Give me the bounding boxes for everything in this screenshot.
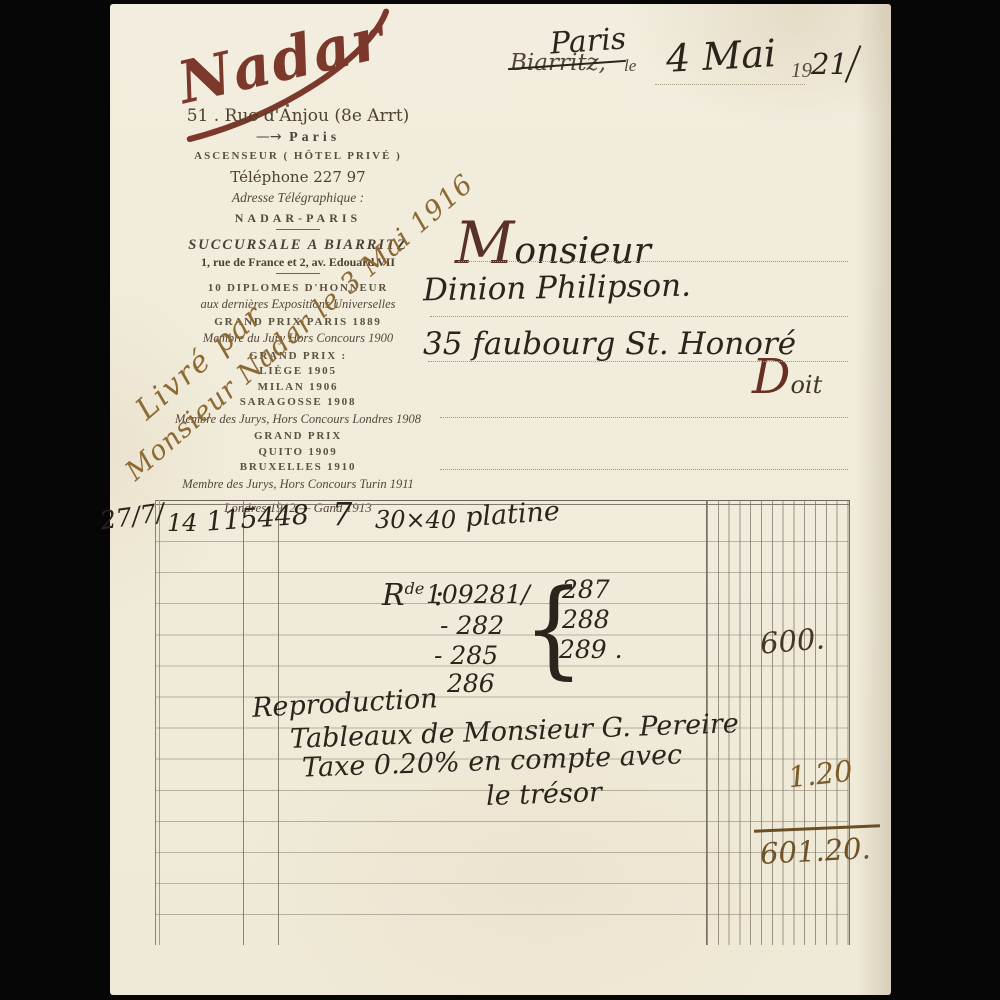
dotted-rule	[458, 261, 848, 262]
elevator-note: Ascenseur ( Hôtel Privé )	[148, 150, 448, 162]
ref-number: 286	[447, 669, 495, 698]
city-name: Paris	[289, 130, 340, 145]
entry-date: 27/7/	[98, 498, 166, 536]
entry-year: 14	[167, 509, 198, 537]
ink-stamp	[775, 6, 837, 78]
dotted-rule	[440, 469, 848, 470]
doit-label: Doit	[752, 349, 822, 405]
invoice-sheet: Nadar 51 . Rue d'Anjou (8e Arrt) —→ Pari…	[110, 4, 891, 995]
entry-quantity: 7	[332, 495, 352, 533]
studio-address: 51 . Rue d'Anjou (8e Arrt)	[148, 106, 448, 126]
honor-line: Quito 1909	[148, 446, 448, 458]
entry-format: 30×40	[375, 506, 456, 534]
ref-r: R	[382, 578, 405, 613]
photograph-background: Nadar 51 . Rue d'Anjou (8e Arrt) —→ Pari…	[0, 0, 1000, 1000]
honor-line: 10 Diplomes d'Honneur	[148, 282, 448, 294]
amount-tax: 1.20	[786, 754, 854, 795]
entry-process: platine	[464, 496, 561, 534]
dotted-rule	[655, 84, 805, 85]
city-line: —→ Paris	[148, 129, 448, 146]
dotted-rule	[430, 316, 848, 317]
ref-number: 287	[562, 575, 610, 604]
total-amount: 601.20.	[759, 831, 871, 871]
ref-number: - 282	[440, 611, 504, 640]
ref-number: 288	[562, 605, 610, 634]
honor-line: Membre des Jurys, Hors Concours Turin 19…	[148, 477, 448, 492]
ref-number: 289 .	[559, 635, 623, 664]
handwritten-date: 4 Mai	[665, 31, 777, 81]
printed-le: le	[624, 56, 636, 76]
honor-line: Bruxelles 1910	[148, 461, 448, 473]
divider-ornament	[276, 229, 320, 234]
ref-number: 109281/	[426, 580, 530, 609]
ref-number: - 285	[434, 641, 498, 670]
amount-prints: 600.	[759, 621, 826, 660]
ref-sup: de	[405, 579, 425, 598]
addressee-name: Dinion Philipson.	[423, 268, 692, 309]
dotted-rule	[440, 417, 848, 418]
salutation: Monsieur	[455, 209, 651, 277]
telegraph-label: Adresse Télégraphique :	[148, 190, 448, 206]
entry-negative-number: 115448	[205, 499, 310, 537]
dotted-rule	[428, 361, 848, 362]
telephone: Téléphone 227 97	[148, 168, 448, 186]
description-line: le trésor	[485, 777, 602, 812]
addressee-street: 35 faubourg St. Honoré	[423, 326, 796, 362]
arrow-ornament: —→	[256, 129, 282, 145]
divider-ornament	[276, 273, 320, 278]
